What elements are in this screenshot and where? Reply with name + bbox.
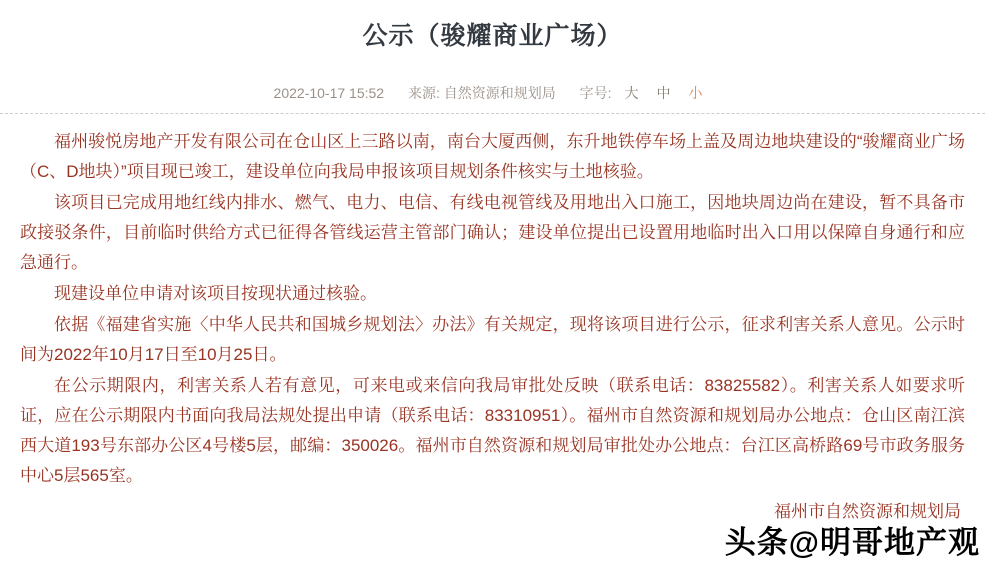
meta-bar: 2022-10-17 15:52 来源: 自然资源和规划局 字号: 大中小 — [0, 83, 985, 103]
notice-paragraph: 该项目已完成用地红线内排水、燃气、电力、电信、有线电视管线及用地出入口施工，因地… — [20, 188, 965, 278]
source-field: 来源: 自然资源和规划局 — [408, 85, 556, 101]
fontsize-option-small[interactable]: 小 — [688, 85, 702, 101]
notice-paragraph: 依据《福建省实施〈中华人民共和国城乡规划法〉办法》有关规定，现将该项目进行公示，… — [20, 310, 965, 370]
notice-paragraph: 现建设单位申请对该项目按现状通过核验。 — [20, 279, 965, 309]
notice-body: 福州骏悦房地产开发有限公司在仓山区上三路以南，南台大厦西侧，东升地铁停车场上盖及… — [20, 127, 965, 491]
notice-paragraph: 在公示期限内，利害关系人若有意见，可来电或来信向我局审批处反映（联系电话：838… — [20, 371, 965, 491]
publish-datetime: 2022-10-17 15:52 — [274, 85, 385, 101]
notice-paragraph: 福州骏悦房地产开发有限公司在仓山区上三路以南，南台大厦西侧，东升地铁停车场上盖及… — [20, 127, 965, 187]
page-title: 公示（骏耀商业广场） — [0, 0, 985, 52]
watermark-text: 头条@明哥地产观 — [725, 517, 980, 562]
fontsize-option-medium[interactable]: 中 — [656, 85, 670, 101]
fontsize-option-large[interactable]: 大 — [624, 85, 638, 101]
fontsize-control: 字号: 大中小 — [580, 85, 712, 101]
fontsize-label: 字号: — [580, 85, 616, 101]
header-divider — [0, 113, 985, 114]
source-label: 来源: — [408, 85, 444, 101]
source-value: 自然资源和规划局 — [444, 85, 556, 101]
